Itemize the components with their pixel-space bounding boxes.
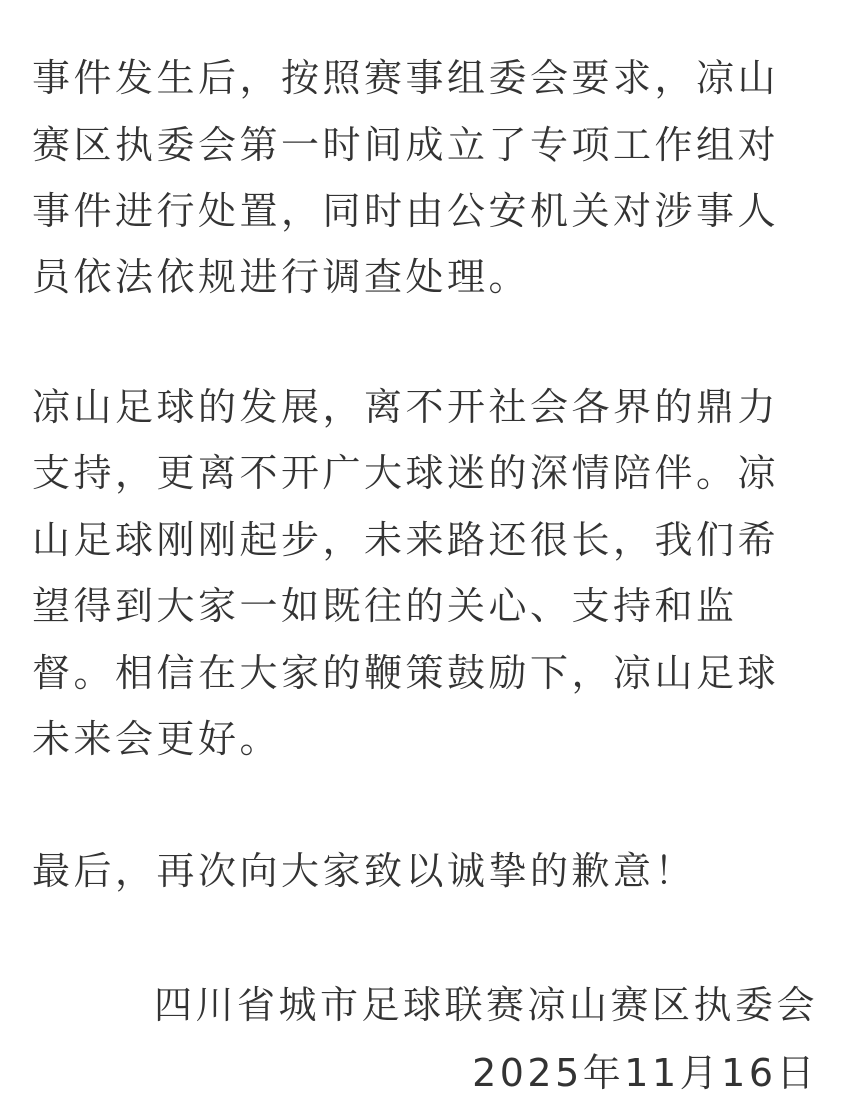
text-line: 未来会更好。 (32, 706, 281, 772)
signature-organization: 四川省城市足球联赛凉山赛区执委会 (154, 972, 818, 1038)
text-line: 山足球刚刚起步，未来路还很长，我们希 (32, 507, 779, 573)
signature-date: 2025年11月16日 (472, 1040, 818, 1106)
text-line: 赛区执委会第一时间成立了专项工作组对 (32, 112, 779, 178)
text-line: 督。相信在大家的鞭策鼓励下，凉山足球 (32, 640, 779, 706)
text-line: 最后，再次向大家致以诚挚的歉意！ (32, 838, 696, 904)
text-line: 员依法依规进行调查处理。 (32, 244, 530, 310)
text-line: 事件进行处置，同时由公安机关对涉事人 (32, 178, 779, 244)
text-line: 支持，更离不开广大球迷的深情陪伴。凉 (32, 440, 779, 506)
text-line: 凉山足球的发展，离不开社会各界的鼎力 (32, 374, 779, 440)
text-line: 事件发生后，按照赛事组委会要求，凉山 (32, 45, 779, 111)
text-line: 望得到大家一如既往的关心、支持和监 (32, 573, 738, 639)
